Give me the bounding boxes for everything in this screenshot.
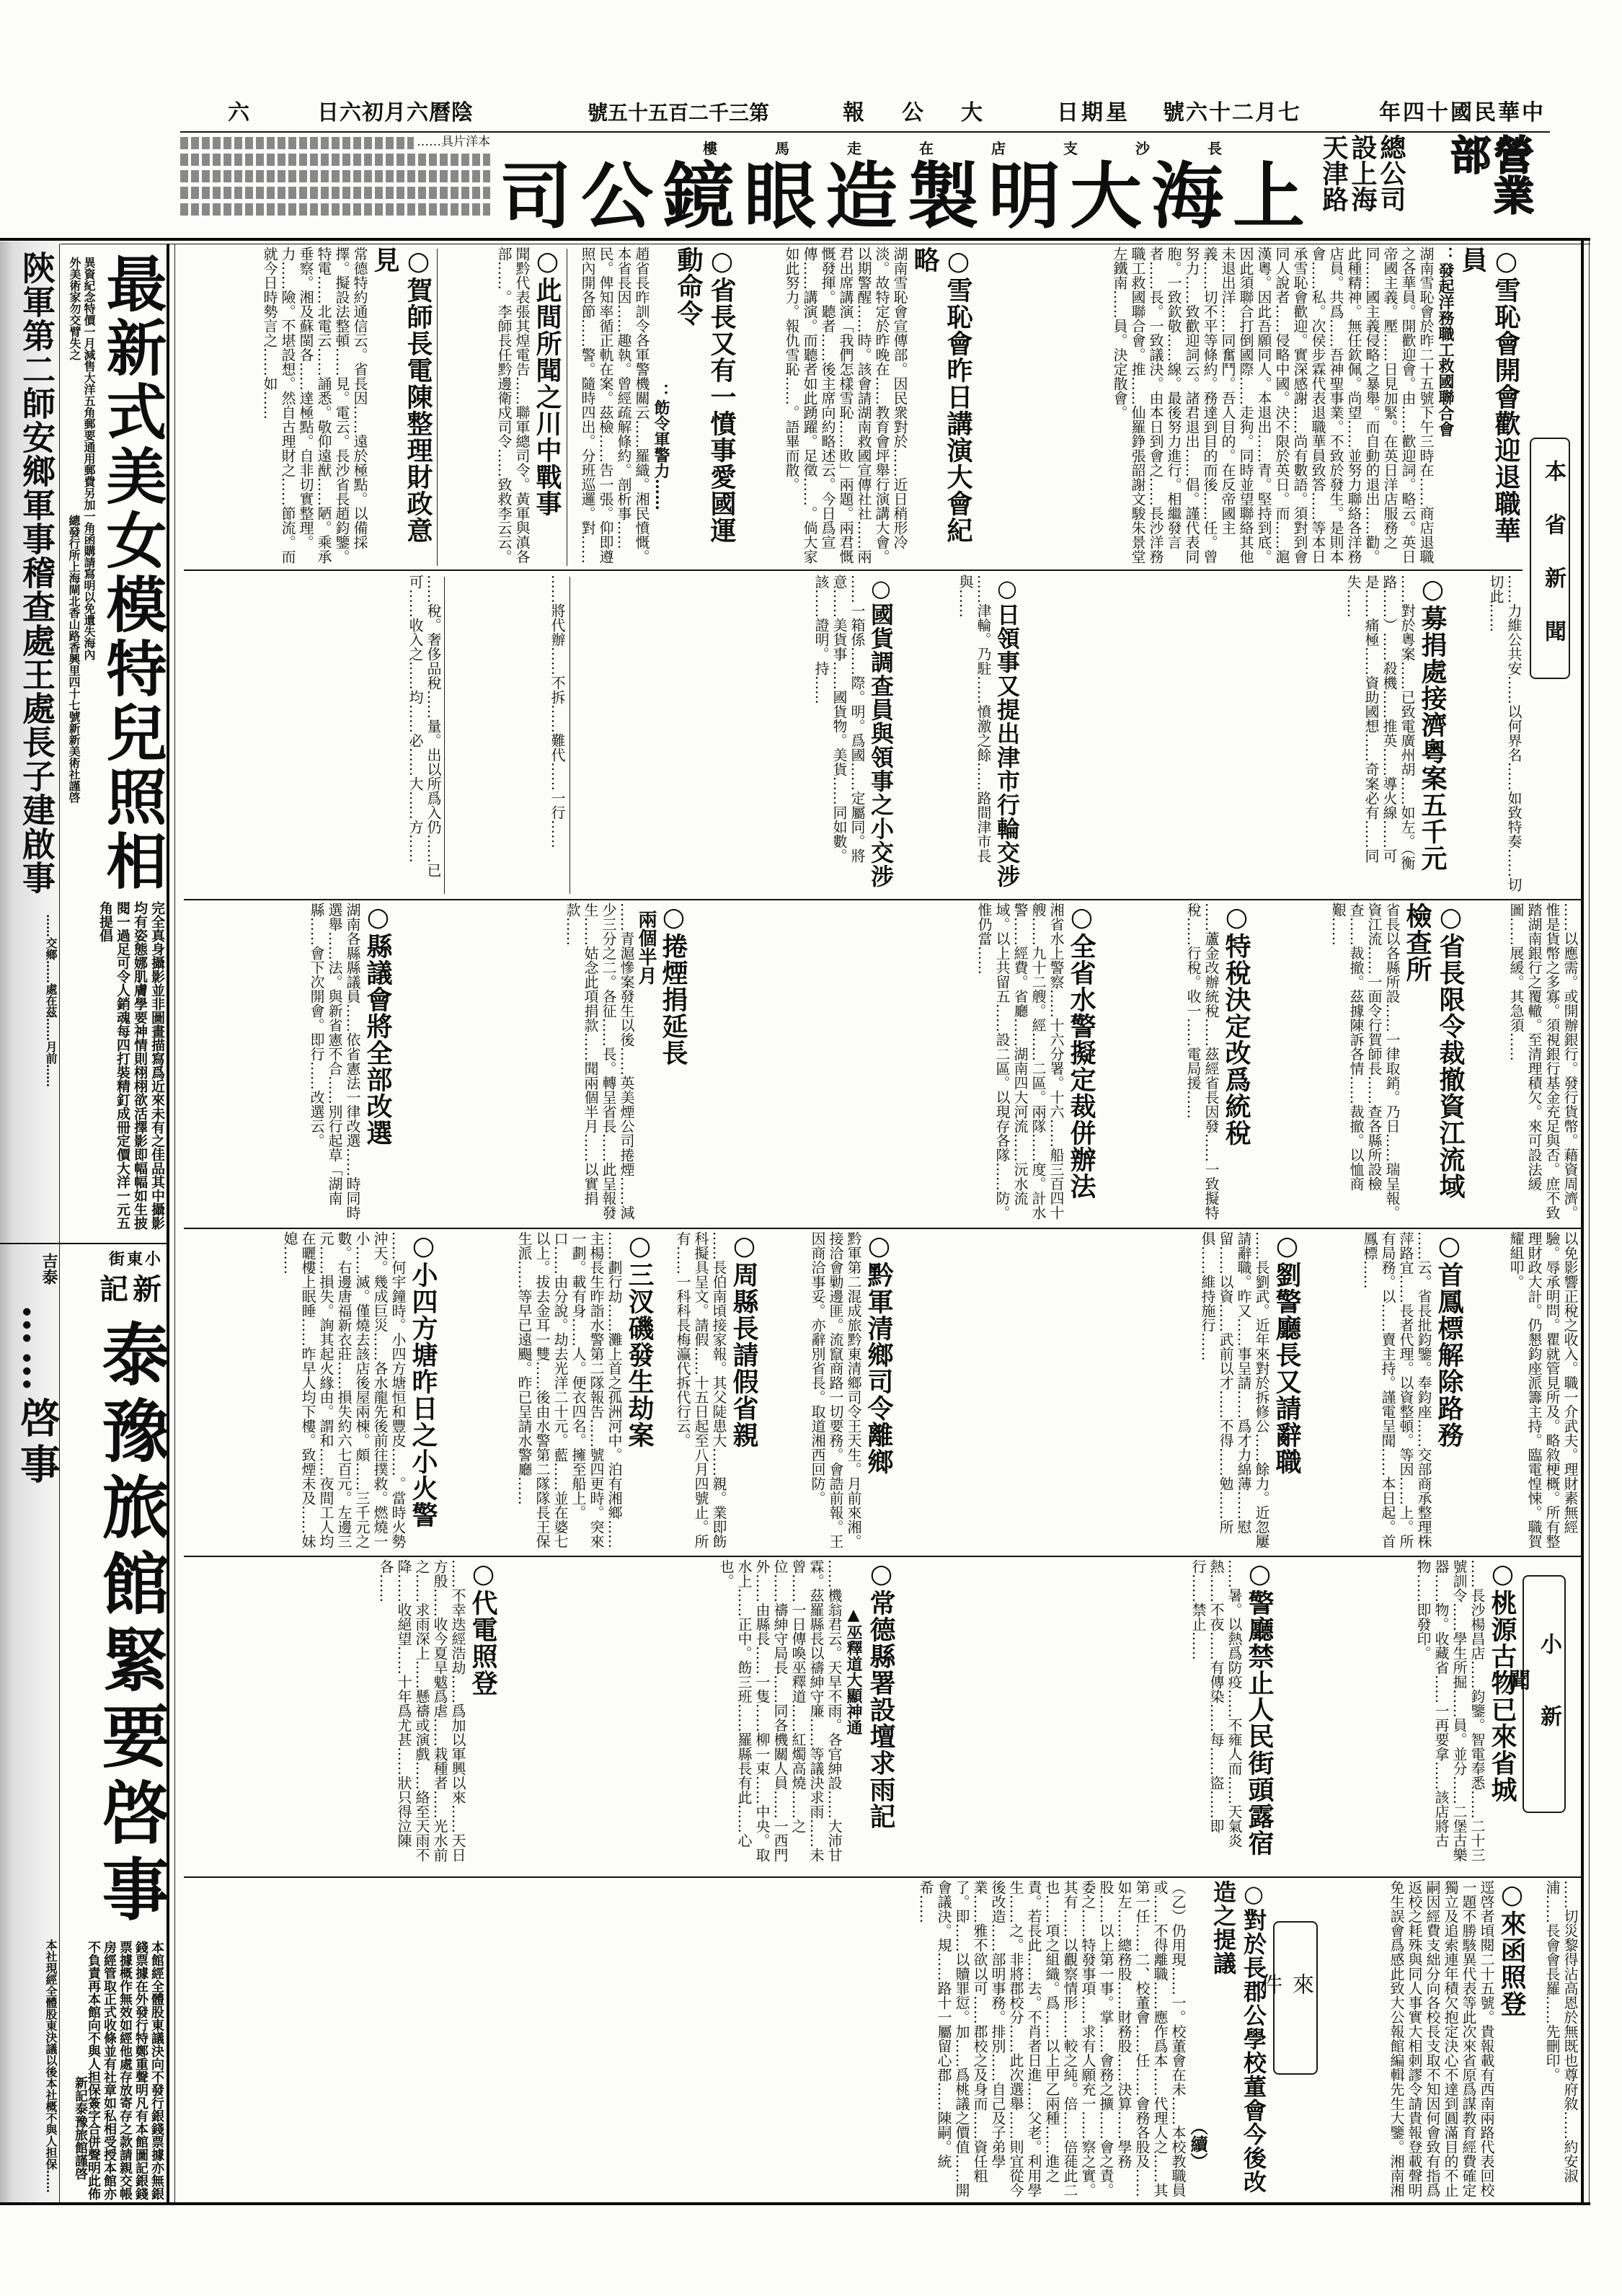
headline: ○黔軍清鄉司令離鄉 bbox=[862, 1231, 895, 1553]
article-body: 湘省水上警察……十六分署。十六……船三百四十艘……九十二艘。經……二區。兩隊……… bbox=[975, 903, 1065, 1225]
bullet-icon: ○ bbox=[944, 247, 973, 277]
bullet-icon: ○ bbox=[404, 247, 433, 277]
row-divider bbox=[184, 1876, 1581, 1878]
bullet-icon: ○ bbox=[625, 1231, 655, 1262]
article-body: 趙省長昨訓令各軍警機關云……羅織。湘民憤慨。本省長因……趣執。曾經疏解條約。剖析… bbox=[578, 247, 650, 568]
article-finance-telegram: ○賀師長電陳整理財政意見 常德特約通信云。省長因……遠於極點。以備採擇。擬設法整… bbox=[184, 247, 435, 568]
section-label-small-news: 小新聞 bbox=[1523, 1575, 1566, 1813]
left-strip-divider bbox=[59, 244, 60, 2203]
article-body: 黔軍第二混成旅黔東清鄉司令王天生。月前來湘。接洽會勦邊匪。流竄商路一切要務。會誥… bbox=[808, 1231, 862, 1553]
headline-text: 日領事又提出津市行輪交涉 bbox=[993, 603, 1021, 888]
column-divider bbox=[437, 249, 438, 566]
article-guizhou-commander: ○黔軍清鄉司令離鄉 黔軍第二混成旅黔東清鄉司令王天生。月前來湘。接洽會勦邊匪。流… bbox=[764, 1231, 895, 1553]
column-divider bbox=[570, 577, 570, 894]
bullet-icon: ○ bbox=[363, 903, 393, 933]
hotel-ad-title: 泰豫旅館緊要啓事 bbox=[94, 1319, 166, 1936]
right-border bbox=[1581, 238, 1584, 2204]
row-divider bbox=[184, 1228, 1581, 1229]
headline: ○常德縣署設壇求雨記 bbox=[864, 1559, 898, 1874]
subheadline: ：飭令軍警力…… bbox=[650, 247, 672, 568]
bullet-icon: ○ bbox=[659, 903, 688, 933]
headline: ○警廳禁止人民街頭露宿 bbox=[1243, 1559, 1276, 1874]
headline: ○省長限令裁撤資江流域檢查所 bbox=[1401, 903, 1467, 1225]
headline-text: 小四方塘昨日之小火警 bbox=[408, 1262, 438, 1528]
top-border bbox=[0, 238, 1590, 241]
article-humiliation-society-welcome: ○雪恥會開會歡迎退職華員 ：發起洋務職工救國聯合會 湖南雪恥會於昨二十五號下午三… bbox=[980, 247, 1523, 568]
page-number: 六 bbox=[225, 99, 249, 127]
headline: ○桃源古物已來省城 bbox=[1486, 1559, 1519, 1874]
bullet-icon: ○ bbox=[1436, 903, 1466, 933]
headline-text: 省長又有一憤事愛國運動命令 bbox=[673, 247, 737, 544]
bullet-icon: ○ bbox=[867, 575, 895, 603]
article-body: ……劃行劫……灘上首之孤洲河中。泊有湘鄉……主楊長生昨詣水警第二隊報告……號四更… bbox=[515, 1231, 623, 1553]
article-body: ……長劉武。近年來對於拆修公……餘力。近忽屢請辭職。昨又……事呈請……爲才力綿薄… bbox=[1198, 1231, 1270, 1553]
section-label-text: 本省新聞 bbox=[1541, 460, 1566, 673]
headline-text: 此間所聞之川中戰事 bbox=[532, 277, 562, 517]
head-office-address: 總公司設上海天津路 bbox=[1318, 134, 1406, 218]
headline: ○來函照登 bbox=[1495, 1880, 1528, 2199]
section-label-local-news: 本省新聞 bbox=[1530, 438, 1570, 679]
article-body: ……長沙楊昌店……鈞鑒。智電奉悉……二十三號訓令……學生所掘……員。並分……二堡… bbox=[1414, 1559, 1486, 1874]
headline: ○縣議會將全部改選 bbox=[361, 903, 394, 1225]
headline-text: 代電照登 bbox=[468, 1590, 498, 1696]
headline-text: 捲煙捐延長 bbox=[658, 933, 688, 1066]
headline-text: 警廳禁止人民街頭露宿 bbox=[1244, 1590, 1275, 1856]
photo-ad-promo: 異資紀念特價一月減售大洋五角郵要通用郵費另加一角函購請寫明以免遺失海內外美術家勿… bbox=[81, 257, 96, 660]
bullet-icon: ○ bbox=[1240, 1880, 1267, 1908]
bullet-icon: ○ bbox=[1488, 1559, 1517, 1590]
headline: ○日領事又提出津市行輪交涉 bbox=[992, 575, 1022, 896]
bullet-icon: ○ bbox=[707, 247, 737, 277]
weekday: 星期日 bbox=[1045, 99, 1130, 127]
notice2-body: 本社現經全體股東決議以後本社概不與人担保…… bbox=[16, 1939, 58, 2202]
headline: ○特稅決定改爲統稅 bbox=[1220, 903, 1253, 1225]
headline: ○國貨調查員與領事之小交涉 bbox=[866, 575, 896, 896]
row-divider bbox=[184, 899, 1581, 900]
article-body: ……以應需。或開辦銀行。發行貨幣。藉資周濟。惟是貨幣之多寡。須視銀行基金充足與否… bbox=[1507, 903, 1579, 1225]
headline: ○劉警廳長又請辭職 bbox=[1270, 1231, 1303, 1553]
bullet-icon: ○ bbox=[469, 1559, 498, 1590]
subheadline: 兩個半月 bbox=[635, 903, 657, 1225]
article-lecture-meeting: ○雪恥會昨日講演大會紀略 湖南雪恥會宣傳部。因民衆對於……近日稍形冷淡。故特定於… bbox=[743, 247, 975, 568]
article-body: 湖南各縣縣議員……依省憲法一律改選……時同時選舉……法。與新省憲不合……別行起草… bbox=[307, 903, 361, 1225]
article-police-chief-resign: ○劉警廳長又請辭職 ……長劉武。近年來對於拆修公……餘力。近忽屢請辭職。昨又……… bbox=[901, 1231, 1303, 1553]
article-body: ……云。省長批鈞鑒。奉鈞座……交部商承整理株萍路宜……長者代理。以資整頓。等因…… bbox=[1360, 1231, 1432, 1553]
article-telegram: ○代電照登 ……不幸迭經浩劫……爲加以軍興以來……天日方殷……收今夏旱魃爲虐……… bbox=[184, 1559, 500, 1874]
column-divider bbox=[567, 249, 567, 566]
article-luxury-tax: ……稅。奢侈品稅……量。出以所爲入仍……已可……收入之……均……必……大……方…… bbox=[184, 575, 442, 896]
article-body: ……津輪。乃駐……憤激之餘……路間津市長與…… bbox=[956, 575, 992, 896]
article-body: ……力維公共安……以何界名……如致特奏……切切此…… bbox=[1486, 575, 1523, 896]
military-notice-title: 陝軍第二師安鄉軍事稽查處王處長子建啟事 bbox=[13, 251, 59, 908]
article-checkpoint-abolition: ○省長限令裁撤資江流域檢查所 省長以各縣所設……一律取銷。乃日……瑞呈報。資江流… bbox=[1258, 903, 1467, 1225]
headline-text: 劉警廳長又請辭職 bbox=[1272, 1262, 1302, 1475]
article-letter: ○來函照登 逕啓者頃閱二十五號。貴報載有西南兩路代表回校一題不勝駭異代表等此次來… bbox=[1388, 1880, 1528, 2199]
photo-ad-description: 完全真身攝影並非圖畫描寫爲近來未有之佳品其中攝影均有姿態娜肌膚學要神情則栩栩欲活… bbox=[95, 901, 166, 1240]
photo-ad-publisher: 總發行所上海閘北香山路香興里四十七號新新美術社謹啓 bbox=[66, 515, 81, 882]
headline-text: 縣議會將全部改選 bbox=[363, 933, 393, 1146]
bullet-icon: ○ bbox=[533, 247, 562, 277]
bullet-icon: ○ bbox=[1245, 1559, 1275, 1590]
small-print-fragment: 本洋片具…… bbox=[414, 135, 490, 149]
headline: ○代電照登 bbox=[466, 1559, 500, 1874]
bullet-icon: ○ bbox=[1497, 1880, 1527, 1910]
article-relief-fund: ○募捐處接濟粵案五千元 ……對於粵案……已致電廣州胡……如左。（衡路……）……殺… bbox=[1027, 575, 1449, 896]
small-print-line bbox=[180, 170, 490, 182]
small-print-line bbox=[180, 187, 490, 199]
article-body: ……稅。奢侈品稅……量。出以所爲入仍……已可……收入之……均……必……大……方…… bbox=[406, 575, 442, 896]
right-border-inner bbox=[1589, 238, 1590, 2204]
article-japanese-consul: ○日領事又提出津市行輪交涉 ……津輪。乃駐……憤激之餘……路間津市長與…… bbox=[901, 575, 1022, 896]
headline-text: 國貨調查員與領事之小交涉 bbox=[867, 603, 895, 888]
headline-text: 雪恥會昨日講演大會紀略 bbox=[910, 247, 973, 544]
article-body: ……何宇鐘時。小四方塘恒和豐皮……。當時火勢沖天。幾成巨災……各水龍先後前往撲救… bbox=[280, 1231, 407, 1553]
bullet-icon: ○ bbox=[1492, 247, 1521, 277]
hotel-ad-body: 本館經全體股東議決向不發行銀錢票據亦無銀錢票據在外發行特鄭重聲明凡有本館圖記銀錢… bbox=[89, 1941, 164, 2207]
article-body: 常德特約通信云。省長因……遠於極點。以備採擇。擬設法整頓……見。電云。長沙省長趙… bbox=[260, 247, 368, 568]
headline-text: 賀師長電陳整理財政意見 bbox=[370, 247, 433, 544]
article-street-sleeping-ban: ○警廳禁止人民街頭露宿 ……暑。以熱爲防疫……不雍人而……天氣炎熱……不夜……有… bbox=[901, 1559, 1276, 1874]
article-continuation: ……將代辦……不拆……難代……一行…… bbox=[447, 575, 566, 896]
sales-department-label: 營業部 bbox=[1412, 134, 1533, 221]
headline: ○對於長郡公學校董會今後改造之提議 bbox=[1208, 1880, 1269, 2199]
article-body: ……一箱係……際。明。爲國……定屬同。將意……美貨事……國貨物。美貨……同如數。… bbox=[812, 575, 866, 896]
article-body: ……青滬慘案發生以後……英美煙公司捲煙……減少三分之二。各征……長。轉呈省長……… bbox=[563, 903, 635, 1225]
republic-year: 中華民國十四年 bbox=[1373, 99, 1546, 127]
article-county-election: ○縣議會將全部改選 湖南各縣縣議員……依省憲法一律改選……時同時選舉……法。與新… bbox=[184, 903, 394, 1225]
photo-ad-title: 最新式美女模特兒照相 bbox=[97, 252, 167, 895]
headline-text: 來函照登 bbox=[1497, 1910, 1527, 2017]
masthead-divider bbox=[180, 131, 1550, 133]
article-small-fire: ○小四方塘昨日之小火警 ……何宇鐘時。小四方塘恒和豐皮……。當時火勢沖天。幾成巨… bbox=[184, 1231, 440, 1553]
article-sichuan-war: ○此間所聞之川中戰事 聞黔代表張其煌電告……聯軍總司令。黃軍與滇各部……。李師長… bbox=[440, 247, 564, 568]
article-railway-post: ○首鳳標解除路務 ……云。省長批鈞鑒。奉鈞座……交部商承整理株萍路宜……長者代理… bbox=[1308, 1231, 1466, 1553]
article-body: 以免影響正稅之收入。職一介武夫。理財素無經驗。辱承明問。瞿就管見所及。略敘梗概。… bbox=[1507, 1231, 1579, 1553]
article-governor-order: ○省長又有一憤事愛國運動命令 ：飭令軍警力…… 趙省長昨訓令各軍警機關云……羅織… bbox=[571, 247, 738, 568]
headline-text: 周縣長請假省親 bbox=[729, 1262, 759, 1448]
notice2-title: ……啓事 bbox=[16, 1305, 59, 1932]
left-column-border-inner bbox=[174, 244, 175, 2203]
headline: ○首鳳標解除路務 bbox=[1432, 1231, 1466, 1553]
bullet-icon: ○ bbox=[409, 1231, 438, 1262]
article-body: ……暑。以熱爲防疫……不雍人而……天氣炎熱……不夜……有傳染……每……盜……即行… bbox=[1189, 1559, 1243, 1874]
article-body: ……切災黎得沾高恩於無既也尊府敘……約安淑浦……長會會長羅……先刪印。 bbox=[1543, 1880, 1579, 2199]
headline-text: 首鳳標解除路務 bbox=[1434, 1262, 1464, 1448]
military-notice-body: ……交鄉……處在茲……月前…… bbox=[16, 914, 58, 1238]
article-body: 湖南雪恥會於昨二十五號下午三時在……商店退職之各華員。開歡迎會。由……歡迎詞。略… bbox=[1110, 247, 1435, 568]
subheadline: （續） bbox=[1187, 1880, 1208, 2199]
small-print-ad: 本洋片具…… bbox=[180, 137, 490, 221]
bullet-icon: ○ bbox=[1272, 1231, 1302, 1262]
issue-date: 七月二十六號 bbox=[1158, 99, 1301, 127]
hotel-ad-street: 小東街 bbox=[108, 1250, 163, 1269]
headline-text: 常德縣署設壇求雨記 bbox=[866, 1590, 896, 1830]
article-antiquities: ○桃源古物已來省城 ……長沙楊昌店……鈞鑒。智電奉悉……二十三號訓令……學生所掘… bbox=[1280, 1559, 1519, 1874]
bullet-icon: ○ bbox=[1067, 903, 1096, 933]
subheadline: ▲巫釋道大顯神通 bbox=[843, 1559, 864, 1874]
article-goods-inspector: ○國貨調查員與領事之小交涉 ……一箱係……際。明。爲國……定屬同。將意……美貨事… bbox=[604, 575, 896, 896]
article-body: ……長伯南頃接家報。其父陡患大……親。業即飭科擬具呈文。請假……十五日起至八月四… bbox=[673, 1231, 727, 1553]
column-divider bbox=[444, 577, 445, 894]
headline: ○雪恥會開會歡迎退職華員 bbox=[1456, 247, 1523, 568]
row-divider bbox=[184, 1556, 1581, 1557]
bullet-icon: ○ bbox=[730, 1231, 759, 1262]
bullet-icon: ○ bbox=[1418, 575, 1448, 605]
hotel-ad-signature: 新記泰豫旅館謹啓 bbox=[72, 2076, 88, 2206]
headline-text: 桃源古物已來省城 bbox=[1487, 1590, 1517, 1803]
article-cigarette-levy: ○捲煙捐延長 兩個半月 ……青滬慘案發生以後……英美煙公司捲煙……減少三分之二。… bbox=[400, 903, 690, 1225]
article-rain-prayer: ○常德縣署設壇求雨記 ▲巫釋道大顯神通 ……機翁君云。天旱不雨。各官紳設……大沛… bbox=[505, 1559, 898, 1874]
headline: ○三汊磯發生劫案 bbox=[623, 1231, 656, 1553]
small-print-line bbox=[180, 203, 490, 216]
headline-text: 募捐處接濟粵案五千元 bbox=[1417, 605, 1448, 872]
article-body: ……不幸迭經浩劫……爲加以軍興以來……天日方殷……收今夏旱魃爲虐……栽種者……光… bbox=[376, 1559, 466, 1874]
article-body: 省長以各縣所設……一律取銷。乃日……瑞呈報。資江流……一面令行賀師長……查各縣所… bbox=[1329, 903, 1401, 1225]
headline: ○賀師長電陳整理財政意見 bbox=[368, 247, 435, 568]
article-water-police: ○全省水警擬定裁併辦法 湘省水上警察……十六分署。十六……船三百四十艘……九十二… bbox=[696, 903, 1098, 1225]
article-body: ……將代辦……不拆……難代……一行…… bbox=[548, 575, 566, 896]
row-divider bbox=[184, 569, 1523, 571]
headline-text: 對於長郡公學校董會今後改造之提議 bbox=[1210, 1880, 1267, 2194]
article-continuation: ……以應需。或開辦銀行。發行貨幣。藉資周濟。惟是貨幣之多寡。須視銀行基金充足與否… bbox=[1471, 903, 1579, 1225]
article-body: 聞黔代表張其煌電告……聯軍總司令。黃軍與滇各部……。李師長任黔邊衛戍司令……致救… bbox=[495, 247, 531, 568]
banner-title: 上海大明製造眼鏡公司 bbox=[496, 159, 1314, 234]
headline: ○捲煙捐延長 bbox=[657, 903, 690, 1225]
article-school-board-proposal: ○對於長郡公學校董會今後改造之提議 （續） （乙）仍用現……一。校董會在未……本… bbox=[184, 1880, 1269, 2199]
article-body: 逕啓者頃閱二十五號。貴報載有西南兩路代表回校一題不勝駭異代表等此次來省原爲謀教育… bbox=[1388, 1880, 1495, 2199]
bullet-icon: ○ bbox=[867, 1559, 896, 1590]
article-continuation: ……力維公共安……以何界名……如致特奏……切切此…… bbox=[1453, 575, 1523, 896]
top-border-inner bbox=[0, 244, 1590, 244]
headline-text: 省長限令裁撤資江流域檢查所 bbox=[1402, 903, 1466, 1200]
bullet-icon: ○ bbox=[1222, 903, 1251, 933]
headline-text: 雪恥會開會歡迎退職華員 bbox=[1458, 247, 1521, 544]
small-print-line bbox=[180, 154, 490, 166]
headline: ○募捐處接濟粵案五千元 bbox=[1416, 575, 1449, 896]
left-ad-divider bbox=[0, 1243, 167, 1244]
lunar-date: 陰曆六月初六日 bbox=[311, 99, 474, 127]
article-magistrate-leave: ○周縣長請假省親 ……長伯南頃接家報。其父陡患大……親。業即飭科擬具呈文。請假…… bbox=[660, 1231, 761, 1553]
bullet-icon: ○ bbox=[1435, 1231, 1464, 1262]
newspaper-page: 六 陰曆六月初六日 第三千二百五十五號 大公報 星期日 七月二十六號 中華民國十… bbox=[0, 0, 1622, 2296]
section-label-contribution: 來件 bbox=[1273, 1921, 1318, 2075]
article-body: ……對於粵案……已致電廣州胡……如左。（衡路……）……殺機……推英……導火線……… bbox=[1344, 575, 1416, 896]
headline: ○小四方塘昨日之小火警 bbox=[407, 1231, 440, 1553]
headline: ○全省水警擬定裁併辦法 bbox=[1065, 903, 1098, 1225]
hotel-ad-brand: 新記 bbox=[99, 1273, 166, 1306]
headline-text: 三汊磯發生劫案 bbox=[624, 1262, 655, 1448]
headline-text: 全省水警擬定裁併辦法 bbox=[1066, 933, 1096, 1200]
headline: ○雪恥會昨日講演大會紀略 bbox=[908, 247, 975, 568]
notice2-header: 吉泰 bbox=[16, 1253, 59, 1296]
article-continuation: ……切災黎得沾高恩於無既也尊府敘……約安淑浦……長會會長羅……先刪印。 bbox=[1532, 1880, 1579, 2199]
bottom-border bbox=[0, 2202, 1590, 2205]
headline: ○周縣長請假省親 bbox=[727, 1231, 761, 1553]
paper-name: 大公報 bbox=[869, 99, 1020, 127]
subheadline: ：發起洋務職工救國聯合會 bbox=[1435, 247, 1456, 568]
article-robbery: ○三汊磯發生劫案 ……劃行劫……灘上首之孤洲河中。泊有湘鄉……主楊長生昨詣水警第… bbox=[443, 1231, 656, 1553]
issue-number: 第三千二百五十五號 bbox=[580, 99, 769, 127]
article-body: ……蘆金改辦統稅……茲經省長因發……一致擬特稅……行稅。收一……電局援…… bbox=[1184, 903, 1220, 1225]
article-body: 湖南雪恥會宣傳部。因民衆對於……近日稍形冷淡。故特定於昨晚在……教育會坪舉行演講… bbox=[782, 247, 908, 568]
article-body: （乙）仍用現……一。校董會在未……本校教職員或……不得離職……應作爲本……代理人… bbox=[916, 1880, 1187, 2199]
headline: ○省長又有一憤事愛國運動命令 bbox=[672, 247, 738, 568]
headline-text: 特稅決定改爲統稅 bbox=[1221, 933, 1251, 1146]
headline: ○此間所聞之川中戰事 bbox=[531, 247, 564, 568]
article-body: ……機翁君云。天旱不雨。各官紳設……大沛甘霖。茲羅縣長以禱紳守廉……等議決求雨…… bbox=[717, 1559, 843, 1874]
bullet-icon: ○ bbox=[864, 1231, 894, 1262]
article-continuation: 以免影響正稅之收入。職一介武夫。理財素無經驗。辱承明問。瞿就管見所及。略敘梗概。… bbox=[1471, 1231, 1579, 1553]
article-special-tax: ○特稅決定改爲統稅 ……蘆金改辦統稅……茲經省長因發……一致擬特稅……行稅。收一… bbox=[1103, 903, 1253, 1225]
bullet-icon: ○ bbox=[993, 575, 1021, 603]
headline-text: 黔軍清鄉司令離鄉 bbox=[864, 1262, 894, 1475]
